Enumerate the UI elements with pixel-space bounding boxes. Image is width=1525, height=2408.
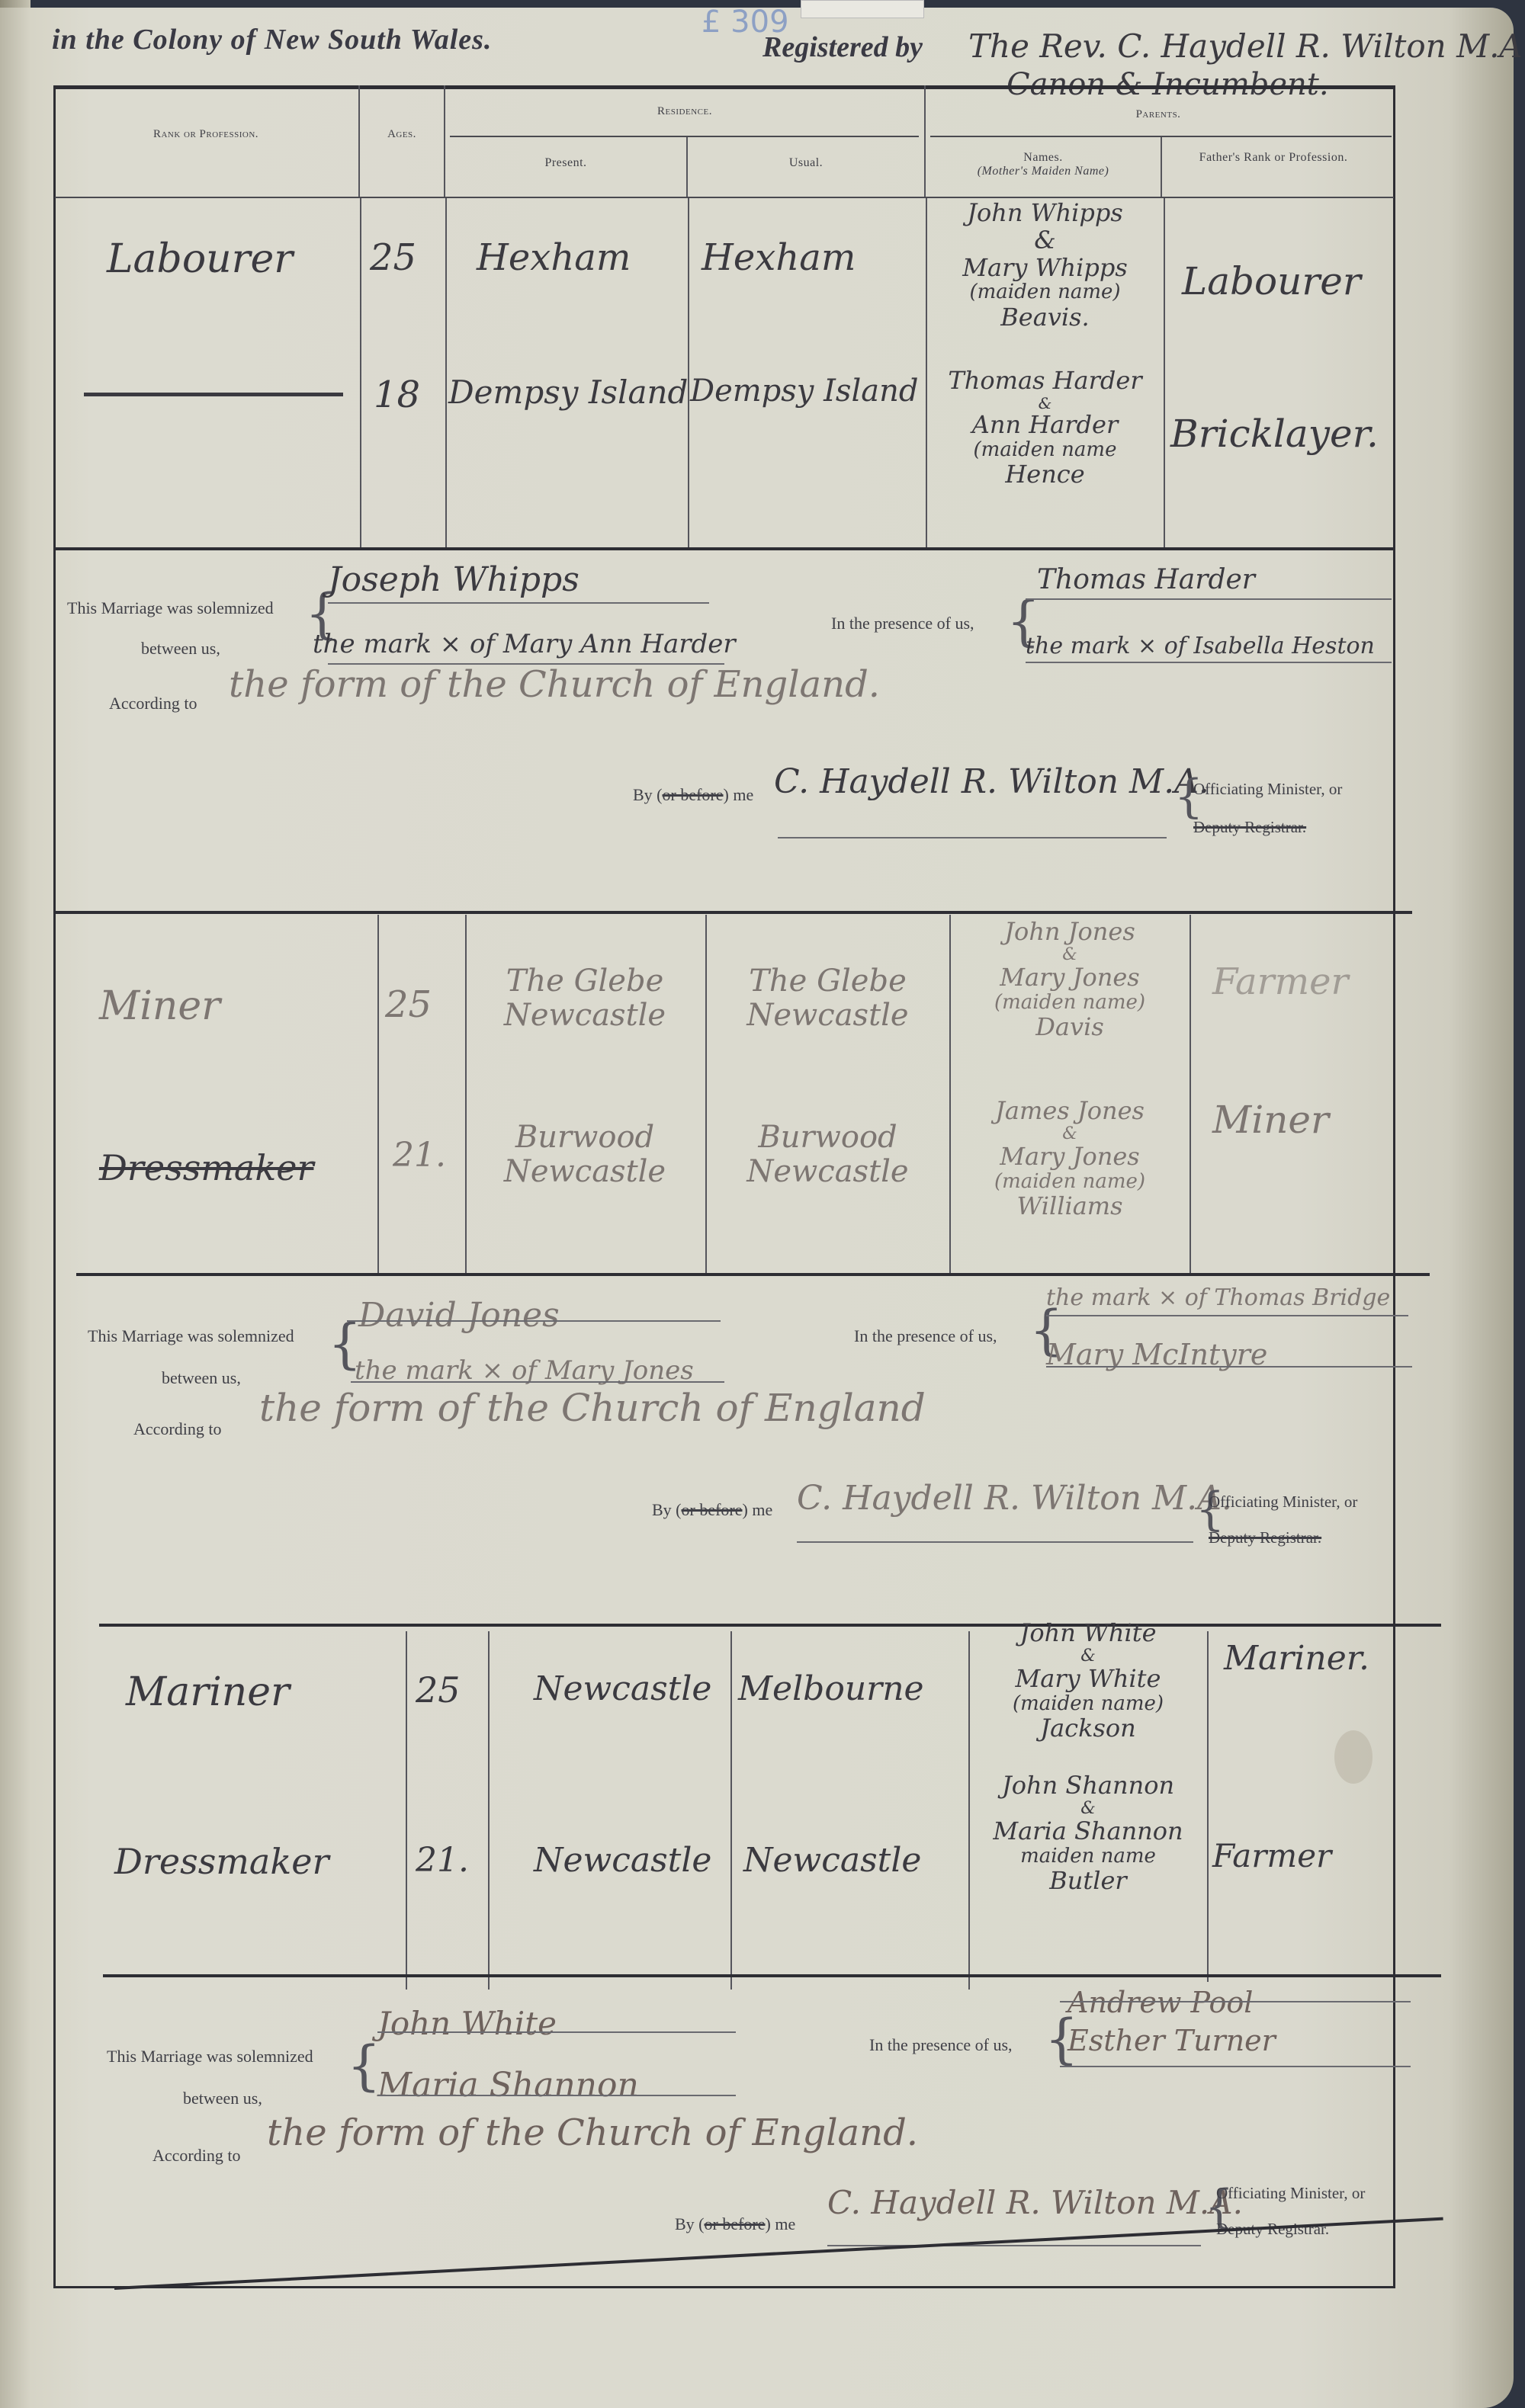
groom-parents-names: John Jones & Mary Jones (maiden name) Da… (952, 919, 1188, 1041)
solemnized-groom-name: John White (377, 2005, 557, 2042)
according-to-label: According to (109, 694, 197, 713)
col-header-parents: Parents. (926, 108, 1391, 121)
according-to-label: According to (152, 2146, 240, 2166)
signature-line (1060, 2066, 1411, 2067)
signature-line (1026, 598, 1392, 600)
colony-heading: in the Colony of New South Wales. (52, 23, 492, 56)
entry-divider (55, 911, 1412, 914)
officiating-minister-label: Officiating Minister, or (1216, 2184, 1365, 2203)
col-divider (444, 85, 445, 198)
bride-age: 18 (374, 374, 420, 416)
paper-tab (801, 0, 924, 18)
solemnized-bride-name: Maria Shannon (377, 2066, 639, 2105)
col-divider (488, 1631, 490, 1990)
col-divider (445, 198, 447, 549)
minister-signature: C. Haydell R. Wilton M.A. (774, 762, 1209, 801)
groom-age: 25 (416, 1669, 461, 1711)
groom-father-rank: Farmer (1212, 960, 1348, 1003)
witness-1: the mark × of Thomas Bridge (1046, 1284, 1390, 1311)
col-header-ages: Ages. (360, 128, 444, 141)
bride-residence-usual: Dempsy Island (690, 374, 918, 409)
according-to-label: According to (133, 1419, 221, 1439)
col-header-names: Names. (Mother's Maiden Name) (926, 151, 1161, 178)
brace: { (347, 2039, 381, 2092)
col-divider (1189, 915, 1191, 1273)
according-to-value: the form of the Church of England. (229, 663, 880, 706)
bride-residence-present: Burwood Newcastle (467, 1121, 703, 1189)
col-header-rank: Rank or Profession. (57, 128, 355, 141)
solemnized-groom-name: David Jones (358, 1296, 560, 1335)
bride-parents-names: Thomas Harder & Ann Harder (maiden name … (929, 367, 1161, 489)
between-us-label: between us, (141, 639, 220, 659)
groom-parents-names: John Whipps & Mary Whipps (maiden name) … (929, 200, 1161, 331)
signature-line (1060, 2001, 1411, 2002)
witness-1: Andrew Pool (1067, 1986, 1253, 2019)
col-divider (730, 1631, 732, 1990)
witness-2: the mark × of Isabella Heston (1026, 633, 1375, 659)
entry-divider (55, 547, 1394, 550)
witness-2: Esther Turner (1067, 2024, 1276, 2057)
entry-divider (103, 1974, 1441, 1977)
col-header-residence: Residence. (445, 105, 924, 118)
groom-rank: Mariner (126, 1669, 290, 1715)
bride-residence-present: Newcastle (534, 1841, 711, 1880)
solemnized-label: This Marriage was solemnized (67, 598, 274, 618)
by-me-label: By (or before) me (652, 1500, 772, 1520)
groom-residence-usual: Melbourne (738, 1669, 924, 1708)
col-divider (360, 198, 361, 549)
according-to-value: the form of the Church of England. (267, 2111, 918, 2154)
groom-residence-present: Newcastle (534, 1669, 711, 1708)
col-divider (924, 85, 926, 198)
ink-stain (1334, 1730, 1372, 1784)
signature-line (1046, 1315, 1408, 1316)
bride-rank: Dressmaker (114, 1841, 329, 1882)
presence-label: In the presence of us, (854, 1326, 997, 1346)
solemnized-groom-name: Joseph Whipps (328, 560, 579, 599)
presence-label: In the presence of us, (869, 2035, 1013, 2055)
bride-father-rank: Bricklayer. (1170, 412, 1379, 456)
signature-line (347, 1320, 721, 1322)
names-label: Names. (926, 151, 1161, 165)
between-us-label: between us, (183, 2089, 262, 2108)
col-divider (406, 1631, 407, 1990)
bride-residence-usual: Newcastle (743, 1841, 921, 1880)
signature-line (377, 2031, 736, 2033)
registered-by-label: Registered by (762, 30, 923, 64)
groom-residence-present: The Glebe Newcastle (467, 964, 703, 1033)
col-divider (1164, 198, 1165, 549)
col-header-usual: Usual. (688, 156, 924, 170)
bride-parents-names: James Jones & Mary Jones (maiden name) W… (952, 1098, 1188, 1220)
header-bottom-rule (55, 197, 1394, 198)
bride-residence-present: Dempsy Island (448, 374, 688, 411)
bride-father-rank: Miner (1212, 1098, 1329, 1142)
signature-line (377, 2095, 736, 2096)
bride-father-rank: Farmer (1212, 1837, 1331, 1874)
signature-line (351, 1381, 724, 1383)
bride-rank-strikeline (84, 393, 343, 396)
col-divider (705, 915, 707, 1273)
col-divider (358, 85, 360, 198)
officiating-minister-label: Officiating Minister, or (1209, 1493, 1357, 1512)
groom-father-rank: Mariner. (1224, 1639, 1369, 1678)
groom-residence-present: Hexham (477, 236, 631, 279)
entry-divider (76, 1273, 1430, 1276)
groom-residence-usual: Hexham (701, 236, 856, 279)
col-divider (926, 198, 927, 549)
solemnized-bride-name: the mark × of Mary Ann Harder (313, 629, 736, 659)
col-header-father-rank: Father's Rank or Profession. (1197, 151, 1350, 165)
deputy-registrar-label: Deputy Registrar. (1193, 818, 1306, 837)
by-me-label: By (or before) me (675, 2214, 795, 2234)
parents-underline (930, 136, 1392, 137)
minister-signature: C. Haydell R. Wilton M.A. (827, 2184, 1243, 2221)
bride-rank: Dressmaker (99, 1147, 313, 1188)
officiating-minister-label: Officiating Minister, or (1193, 780, 1342, 799)
mothers-maiden-name-label: (Mother's Maiden Name) (926, 165, 1161, 178)
solemnized-label: This Marriage was solemnized (88, 1326, 294, 1346)
groom-father-rank: Labourer (1182, 259, 1361, 303)
signature-line (328, 602, 709, 604)
bride-parents-names: John Shannon & Maria Shannon maiden name… (970, 1772, 1206, 1895)
bride-age: 21. (416, 1841, 469, 1880)
residence-underline (450, 136, 919, 137)
col-divider (1207, 1631, 1209, 1982)
col-divider (1161, 137, 1162, 198)
groom-rank: Labourer (107, 236, 293, 282)
between-us-label: between us, (162, 1368, 241, 1388)
according-to-value: the form of the Church of England (259, 1386, 926, 1430)
entry-divider (99, 1624, 1441, 1627)
signature-line (778, 837, 1167, 838)
deputy-registrar-label: Deputy Registrar. (1209, 1528, 1321, 1547)
witness-1: Thomas Harder (1037, 564, 1255, 595)
bride-age: 21. (393, 1136, 446, 1175)
minister-signature: C. Haydell R. Wilton M.A. (797, 1479, 1232, 1518)
groom-rank: Miner (99, 983, 220, 1029)
groom-age: 25 (385, 983, 432, 1026)
col-divider (377, 915, 379, 1273)
by-me-label: By (or before) me (633, 785, 753, 805)
signature-line (1046, 1366, 1412, 1368)
signature-line (797, 1541, 1193, 1543)
presence-label: In the presence of us, (831, 614, 974, 633)
groom-parents-names: John White & Mary White (maiden name) Ja… (970, 1620, 1206, 1743)
col-header-present: Present. (445, 156, 686, 170)
registrar-name: The Rev. C. Haydell R. Wilton M.A. (968, 27, 1525, 65)
signature-line (1026, 662, 1392, 663)
col-divider (949, 915, 951, 1273)
bride-residence-usual: Burwood Newcastle (708, 1121, 948, 1189)
solemnized-label: This Marriage was solemnized (107, 2047, 313, 2067)
groom-age: 25 (370, 236, 416, 279)
groom-residence-usual: The Glebe Newcastle (708, 964, 948, 1033)
